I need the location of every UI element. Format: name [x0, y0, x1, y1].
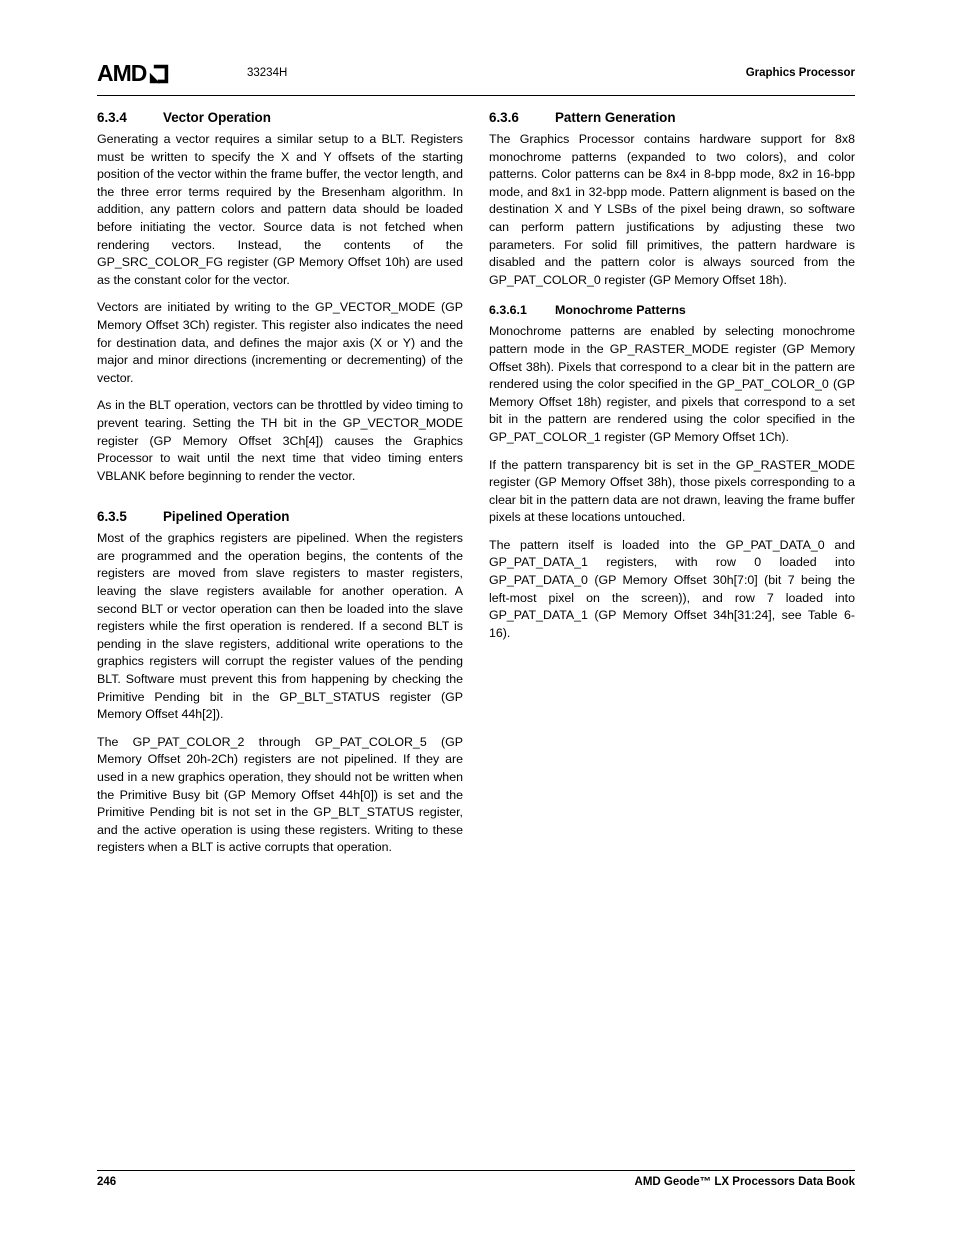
subsection-number: 6.3.6.1 — [489, 302, 555, 318]
page-header: AMD 33234H Graphics Processor — [97, 60, 855, 90]
left-column: 6.3.4 Vector Operation Generating a vect… — [97, 109, 463, 857]
page-number: 246 — [97, 1176, 116, 1188]
amd-arrow-icon — [149, 64, 169, 84]
chapter-title: Graphics Processor — [746, 67, 855, 79]
section-number: 6.3.5 — [97, 508, 163, 525]
content-columns: 6.3.4 Vector Operation Generating a vect… — [97, 109, 856, 857]
paragraph: If the pattern transparency bit is set i… — [489, 457, 855, 527]
paragraph: As in the BLT operation, vectors can be … — [97, 397, 463, 485]
footer-rule — [97, 1170, 855, 1171]
section-heading-6-3-4: 6.3.4 Vector Operation — [97, 109, 463, 126]
paragraph: The pattern itself is loaded into the GP… — [489, 537, 855, 643]
book-title: AMD Geode™ LX Processors Data Book — [635, 1176, 855, 1188]
paragraph: Generating a vector requires a similar s… — [97, 131, 463, 289]
paragraph: Most of the graphics registers are pipel… — [97, 530, 463, 724]
document-number: 33234H — [247, 67, 287, 79]
paragraph: Monochrome patterns are enabled by selec… — [489, 323, 855, 446]
section-heading-6-3-5: 6.3.5 Pipelined Operation — [97, 508, 463, 525]
section-title: Pipelined Operation — [163, 508, 290, 525]
section-title: Pattern Generation — [555, 109, 676, 126]
subsection-heading-6-3-6-1: 6.3.6.1 Monochrome Patterns — [489, 302, 855, 318]
section-title: Vector Operation — [163, 109, 271, 126]
subsection-title: Monochrome Patterns — [555, 302, 686, 318]
section-number: 6.3.4 — [97, 109, 163, 126]
paragraph: Vectors are initiated by writing to the … — [97, 299, 463, 387]
amd-logo-text: AMD — [97, 62, 146, 85]
paragraph: The GP_PAT_COLOR_2 through GP_PAT_COLOR_… — [97, 734, 463, 857]
right-column: 6.3.6 Pattern Generation The Graphics Pr… — [489, 109, 855, 857]
section-number: 6.3.6 — [489, 109, 555, 126]
header-rule — [97, 95, 855, 96]
paragraph: The Graphics Processor contains hardware… — [489, 131, 855, 289]
section-heading-6-3-6: 6.3.6 Pattern Generation — [489, 109, 855, 126]
amd-logo: AMD — [97, 62, 169, 85]
document-page: AMD 33234H Graphics Processor 6.3.4 Vect… — [0, 0, 954, 1235]
